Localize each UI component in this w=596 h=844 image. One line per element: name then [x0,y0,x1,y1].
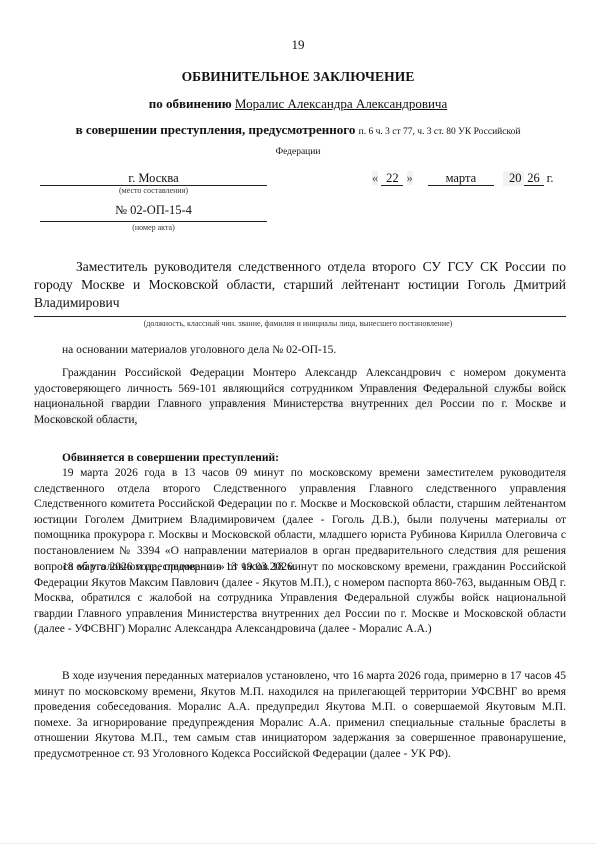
accused-name: Моралис Александра Александровича [235,96,447,111]
accusation-label: по обвинению [149,96,232,111]
crime-articles-continued: Федерации [0,147,596,157]
crime-label: в совершении преступления, предусмотренн… [76,122,356,137]
document-date: « 22 » марта 2026 г. [372,171,553,186]
document-page: 19 ОБВИНИТЕЛЬНОЕ ЗАКЛЮЧЕНИЕ по обвинению… [0,0,596,844]
date-open-quote: « [372,171,378,185]
place-caption: (место составления) [40,186,267,195]
issuing-official: Заместитель руководителя следственного о… [34,258,566,317]
crime-articles: п. 6 ч. 3 ст 77, ч. 3 ст. 80 УК Российск… [359,127,521,137]
date-close-quote: » [407,171,413,185]
page-number: 19 [0,37,596,53]
date-day: 22 [381,172,403,186]
act-number-caption: (номер акта) [40,223,267,232]
paragraph-received-materials: 19 марта 2026 года в 13 часов 09 минут п… [34,466,566,575]
basis-paragraph: на основании материалов уголовного дела … [34,343,566,359]
date-suffix: г. [547,171,554,185]
date-century: 20 [503,171,524,186]
charged-heading: Обвиняется в совершении преступлений: [34,451,566,467]
date-year: 26 [524,172,544,186]
document-title: ОБВИНИТЕЛЬНОЕ ЗАКЛЮЧЕНИЕ [0,69,596,85]
accusation-line: по обвинению Моралис Александра Александ… [0,96,596,112]
citizen-paragraph: Гражданин Российской Федерации Монтеро А… [34,366,566,428]
crime-line: в совершении преступления, предусмотренн… [0,122,596,138]
issuing-official-caption: (должность, классный чин. звание, фамили… [0,319,596,328]
paragraph-findings: В ходе изучения переданных материалов ус… [34,669,566,763]
place-of-drafting: г. Москва [40,171,267,186]
date-month: марта [428,172,494,186]
act-number: № 02-ОП-15-4 [40,201,267,222]
paragraph-complaint: 18 марта 2026 года, примерно в 13 часов … [34,560,566,638]
